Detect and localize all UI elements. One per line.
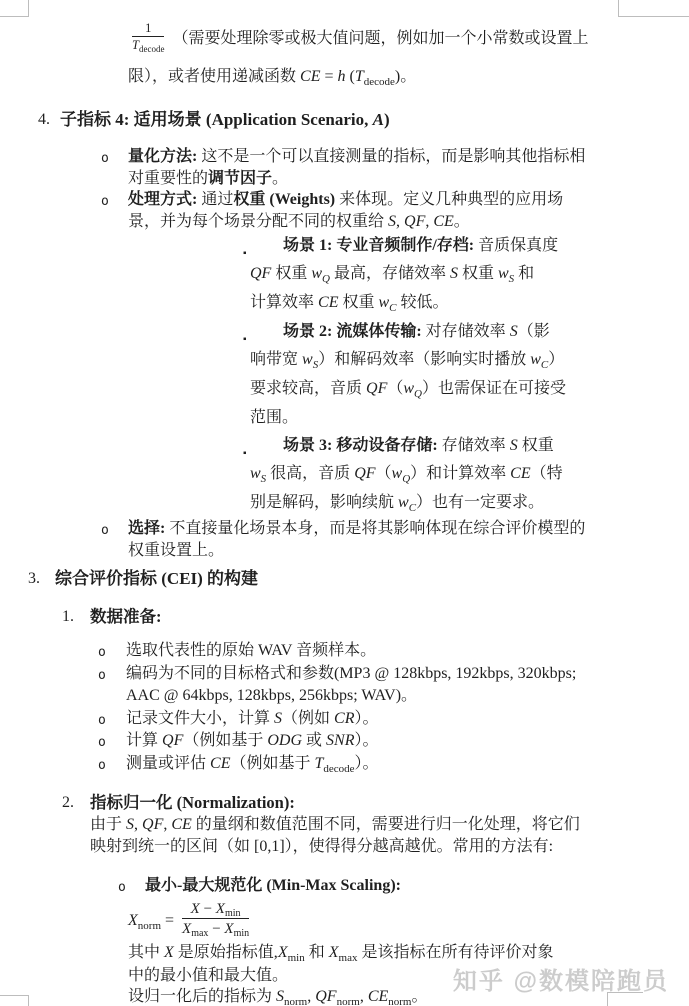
bullet-selection: o选择: 不直接量化场景本身，而是将其影响体现在综合评价模型的权重设置上。 [0, 518, 689, 561]
text-run: S [450, 265, 458, 282]
circle-bullet-marker: o [101, 191, 109, 213]
text-run: X [182, 921, 191, 937]
text-run: 。 [272, 170, 288, 187]
text-run: AAC @ 64kbps, 128kbps, 256kbps; WAV)。 [126, 687, 417, 704]
text-run: = [320, 68, 337, 85]
text-run: 和 [514, 265, 534, 282]
text-run: CE [318, 294, 338, 311]
text-run: decode [139, 44, 164, 54]
text-run: 权重 (Weights) [233, 191, 335, 208]
circle-bullet-marker: o [98, 642, 106, 665]
document-body: 1Tdecode （需要处理除零或极大值问题，例如加一个小常数或设置上限），或者… [0, 0, 689, 1006]
text-run: 调节因子 [208, 170, 272, 187]
circle-bullet-marker: o [101, 520, 109, 542]
text-run: 处理方式: [128, 191, 201, 208]
bullet-file-size: o记录文件大小，计算 S（例如 CR）。 [0, 708, 689, 731]
text-run: − [200, 901, 216, 917]
text-run: S [276, 988, 284, 1005]
text-run: 中的最小值和最大值。 [128, 967, 288, 984]
fraction-numerator: X − Xmin [182, 900, 249, 920]
bullet-qf-calculation: o计算 QF（例如基于 ODG 或 SNR）。 [0, 730, 689, 753]
circle-bullet-marker: o [98, 755, 106, 778]
text-run: C [389, 302, 396, 314]
text-run: w [378, 294, 389, 311]
text-run: （例如基于 [230, 755, 314, 772]
text-run: （ [387, 380, 403, 397]
text-run: X [128, 912, 138, 929]
text-run: w [311, 265, 322, 282]
text-run: QF [162, 732, 183, 749]
text-run: 对存储效率 [426, 323, 510, 340]
text-run: 存储效率 [442, 437, 510, 454]
fraction-denominator: Xmax − Xmin [182, 919, 249, 939]
text-run: 最小-最大规范化 (Min-Max Scaling): [145, 877, 401, 894]
bullet-scenario-3: ▪场景 3: 移动设备存储: 存储效率 S 权重wS 很高，音质 QF（wQ）和… [0, 432, 689, 518]
text-run: （影 [518, 323, 550, 340]
heading-sub-indicator-4: 4.子指标 4: 适用场景 (Application Scenario, A) [0, 109, 689, 131]
text-run: 最高，存储效率 [330, 265, 450, 282]
text-run: 的量纲和数值范围不同，需要进行归一化处理，将它们 [192, 816, 580, 833]
text-run: 音质保真度 [478, 237, 558, 254]
square-bullet-marker: ▪ [243, 440, 247, 468]
text-run: ） [548, 351, 564, 368]
text-run: 对重要性的 [128, 170, 208, 187]
text-run: CE [210, 755, 230, 772]
text-run: , [360, 988, 368, 1005]
list-number-marker: 1. [62, 606, 74, 628]
text-run: 权重 [518, 437, 554, 454]
text-run: 是该指标在所有待评价对象 [357, 944, 553, 961]
text-run: X [329, 944, 339, 961]
text-run: w [392, 465, 403, 482]
fraction-numerator: 1 [132, 21, 164, 38]
text-run: norm [388, 996, 411, 1006]
text-run: 场景 2: 流媒体传输: [283, 323, 426, 340]
text-run: 数据准备: [90, 607, 162, 626]
text-run: S [261, 473, 267, 485]
text-run: ）。 [355, 732, 379, 749]
formula-min-max: Xnorm = X − XminXmax − Xmin [0, 901, 689, 942]
text-run: 响带宽 [250, 351, 302, 368]
text-run: C [541, 359, 548, 371]
text-run: 指标归一化 (Normalization): [90, 793, 295, 812]
text-run: ODG [267, 732, 302, 749]
text-run: T [132, 38, 139, 52]
zhihu-watermark: 知乎 @数模陪跑员 [453, 961, 669, 996]
list-number-marker: 3. [28, 567, 40, 590]
text-run: 计算 [126, 732, 162, 749]
text-run: ）和解码效率（影响实时播放 [318, 351, 530, 368]
text-run: S [509, 273, 515, 285]
list-number-marker: 4. [38, 109, 50, 131]
text-run: decode [323, 763, 354, 775]
text-run: 选择: [128, 520, 169, 537]
text-run: CE [171, 816, 191, 833]
fraction: X − XminXmax − Xmin [182, 900, 249, 940]
text-run: ）。 [355, 755, 379, 772]
text-run: w [530, 351, 541, 368]
text-run: CR [334, 710, 354, 727]
text-run: QF [404, 213, 425, 230]
circle-bullet-marker: o [101, 148, 109, 170]
text-run: QF [142, 816, 163, 833]
text-run: 这不是一个可以直接测量的指标，而是影响其他指标相 [201, 148, 585, 165]
text-run: min [234, 928, 250, 939]
text-run: norm [284, 996, 307, 1006]
text-run: w [498, 265, 509, 282]
text-run: w [302, 351, 313, 368]
text-run: , [134, 816, 142, 833]
circle-bullet-marker: o [118, 876, 126, 899]
text-run: 子指标 4: 适用场景 (Application Scenario, [60, 110, 373, 129]
text-run: w [250, 465, 261, 482]
text-run: T [355, 68, 364, 85]
text-run: 量化方法: [128, 148, 201, 165]
fraction: 1Tdecode [132, 21, 164, 54]
text-run: A [373, 110, 384, 129]
text-run: ）也需保证在可接受 [422, 380, 566, 397]
text-run: , [396, 213, 404, 230]
text-run: norm [337, 996, 360, 1006]
paragraph-normalization-intro: 由于 S, QF, CE 的量纲和数值范围不同，需要进行归一化处理，将它们映射到… [0, 814, 689, 858]
text-run: 设归一化后的指标为 [128, 988, 276, 1005]
text-run: QF [354, 465, 375, 482]
circle-bullet-marker: o [98, 665, 106, 688]
text-run: 通过 [201, 191, 233, 208]
text-run: w [398, 494, 409, 511]
text-run: )。 [395, 68, 416, 85]
text-run: （ [376, 465, 392, 482]
text-run: min [288, 952, 305, 964]
text-run: （需要处理除零或极大值问题，例如加一个小常数或设置上 [168, 30, 588, 47]
text-run: 别是解码，影响续航 [250, 494, 398, 511]
text-run: Q [322, 273, 330, 285]
text-run: S [126, 816, 134, 833]
text-run: CE [433, 213, 453, 230]
text-run: S [510, 323, 518, 340]
text-run: X [191, 901, 200, 917]
square-bullet-marker: ▪ [243, 240, 247, 268]
text-run: S [313, 359, 319, 371]
text-run: （例如基于 [183, 732, 267, 749]
text-run: ) [384, 110, 390, 129]
text-run: 映射到统一的区间（如 [0,1]），使得得分越高越优。常用的方法有: [90, 838, 553, 855]
text-run: S [510, 437, 518, 454]
text-run: 限），或者使用递减函数 [128, 68, 300, 85]
bullet-min-max-scaling: o最小-最大规范化 (Min-Max Scaling): [0, 874, 689, 897]
text-run: X [216, 901, 225, 917]
circle-bullet-marker: o [98, 710, 106, 733]
text-run: ( [346, 68, 355, 85]
bullet-ce-measurement: o测量或评估 CE（例如基于 Tdecode）。 [0, 753, 689, 777]
text-run: CE [368, 988, 388, 1005]
bullet-scenario-2: ▪场景 2: 流媒体传输: 对存储效率 S（影响带宽 wS）和解码效率（影响实时… [0, 318, 689, 432]
text-run: C [409, 502, 416, 514]
text-run: SNR [326, 732, 354, 749]
text-run: QF [250, 265, 271, 282]
intro-formula-paragraph: 1Tdecode （需要处理除零或极大值问题，例如加一个小常数或设置上限），或者… [0, 20, 689, 97]
text-run: 是原始指标值, [174, 944, 278, 961]
text-run: S [388, 213, 396, 230]
text-run: 或 [302, 732, 326, 749]
text-run: 场景 1: 专业音频制作/存档: [283, 237, 478, 254]
heading-cei-construction: 3.综合评价指标 (CEI) 的构建 [0, 567, 689, 590]
text-run: X [224, 921, 233, 937]
text-run: 测量或评估 [126, 755, 210, 772]
text-run: 很高，音质 [266, 465, 354, 482]
text-run: 范围。 [250, 409, 298, 426]
list-number-marker: 2. [62, 792, 74, 814]
text-run: QF [315, 988, 336, 1005]
bullet-scenario-1: ▪场景 1: 专业音频制作/存档: 音质保真度QF 权重 wQ 最高，存储效率 … [0, 232, 689, 318]
text-run: 权重 [458, 265, 498, 282]
text-run: CE [300, 68, 320, 85]
text-run: 权重 [338, 294, 378, 311]
square-bullet-marker: ▪ [243, 326, 247, 354]
bullet-wav-samples: o选取代表性的原始 WAV 音频样本。 [0, 640, 689, 663]
text-run: QF [366, 380, 387, 397]
text-run: 编码为不同的目标格式和参数(MP3 @ 128kbps, 192kbps, 32… [126, 665, 576, 682]
text-run: 由于 [90, 816, 126, 833]
text-run: 记录文件大小，计算 [126, 710, 274, 727]
circle-bullet-marker: o [98, 732, 106, 755]
text-run: max [191, 928, 208, 939]
text-run: h [338, 68, 346, 85]
text-run: 权重 [271, 265, 311, 282]
text-run: ）。 [354, 710, 378, 727]
text-run: 1 [145, 21, 151, 35]
text-run: 和 [305, 944, 329, 961]
text-run: CE [510, 465, 530, 482]
bullet-quantification-method: o量化方法: 这不是一个可以直接测量的指标，而是影响其他指标相对重要性的调节因子… [0, 146, 689, 189]
text-run: X [278, 944, 288, 961]
text-run: w [403, 380, 414, 397]
text-run: S [274, 710, 282, 727]
text-run: 场景 3: 移动设备存储: [283, 437, 442, 454]
text-run: max [339, 952, 358, 964]
text-run: 其中 [128, 944, 164, 961]
text-run: 综合评价指标 (CEI) 的构建 [55, 569, 258, 588]
text-run: − [208, 921, 224, 937]
text-run: Q [414, 388, 422, 400]
text-run: 选取代表性的原始 WAV 音频样本。 [126, 642, 376, 659]
text-run: 不直接量化场景本身，而是将其影响体现在综合评价模型的 [169, 520, 585, 537]
text-run: min [225, 908, 241, 919]
text-run: X [164, 944, 174, 961]
text-run: 权重设置上。 [128, 542, 224, 559]
bullet-encoding-formats: o编码为不同的目标格式和参数(MP3 @ 128kbps, 192kbps, 3… [0, 663, 689, 708]
text-run: decode [364, 76, 395, 88]
text-run: 来体现。定义几种典型的应用场 [335, 191, 563, 208]
text-run: norm [138, 920, 161, 932]
fraction-denominator: Tdecode [132, 37, 164, 54]
heading-normalization: 2.指标归一化 (Normalization): [0, 792, 689, 814]
text-run: ）也有一定要求。 [416, 494, 544, 511]
text-run: Q [402, 473, 410, 485]
text-run: 。 [412, 988, 428, 1005]
bullet-handling-method: o处理方式: 通过权重 (Weights) 来体现。定义几种典型的应用场景，并为… [0, 189, 689, 232]
text-run: （例如 [282, 710, 334, 727]
text-run: 。 [454, 213, 470, 230]
heading-data-preparation: 1.数据准备: [0, 606, 689, 628]
text-run: 要求较高，音质 [250, 380, 366, 397]
text-run: 较低。 [397, 294, 449, 311]
text-run: 景，并为每个场景分配不同的权重给 [128, 213, 388, 230]
text-run: 计算效率 [250, 294, 318, 311]
text-run: （特 [531, 465, 563, 482]
text-run: = [161, 912, 178, 929]
text-run: ）和计算效率 [410, 465, 510, 482]
